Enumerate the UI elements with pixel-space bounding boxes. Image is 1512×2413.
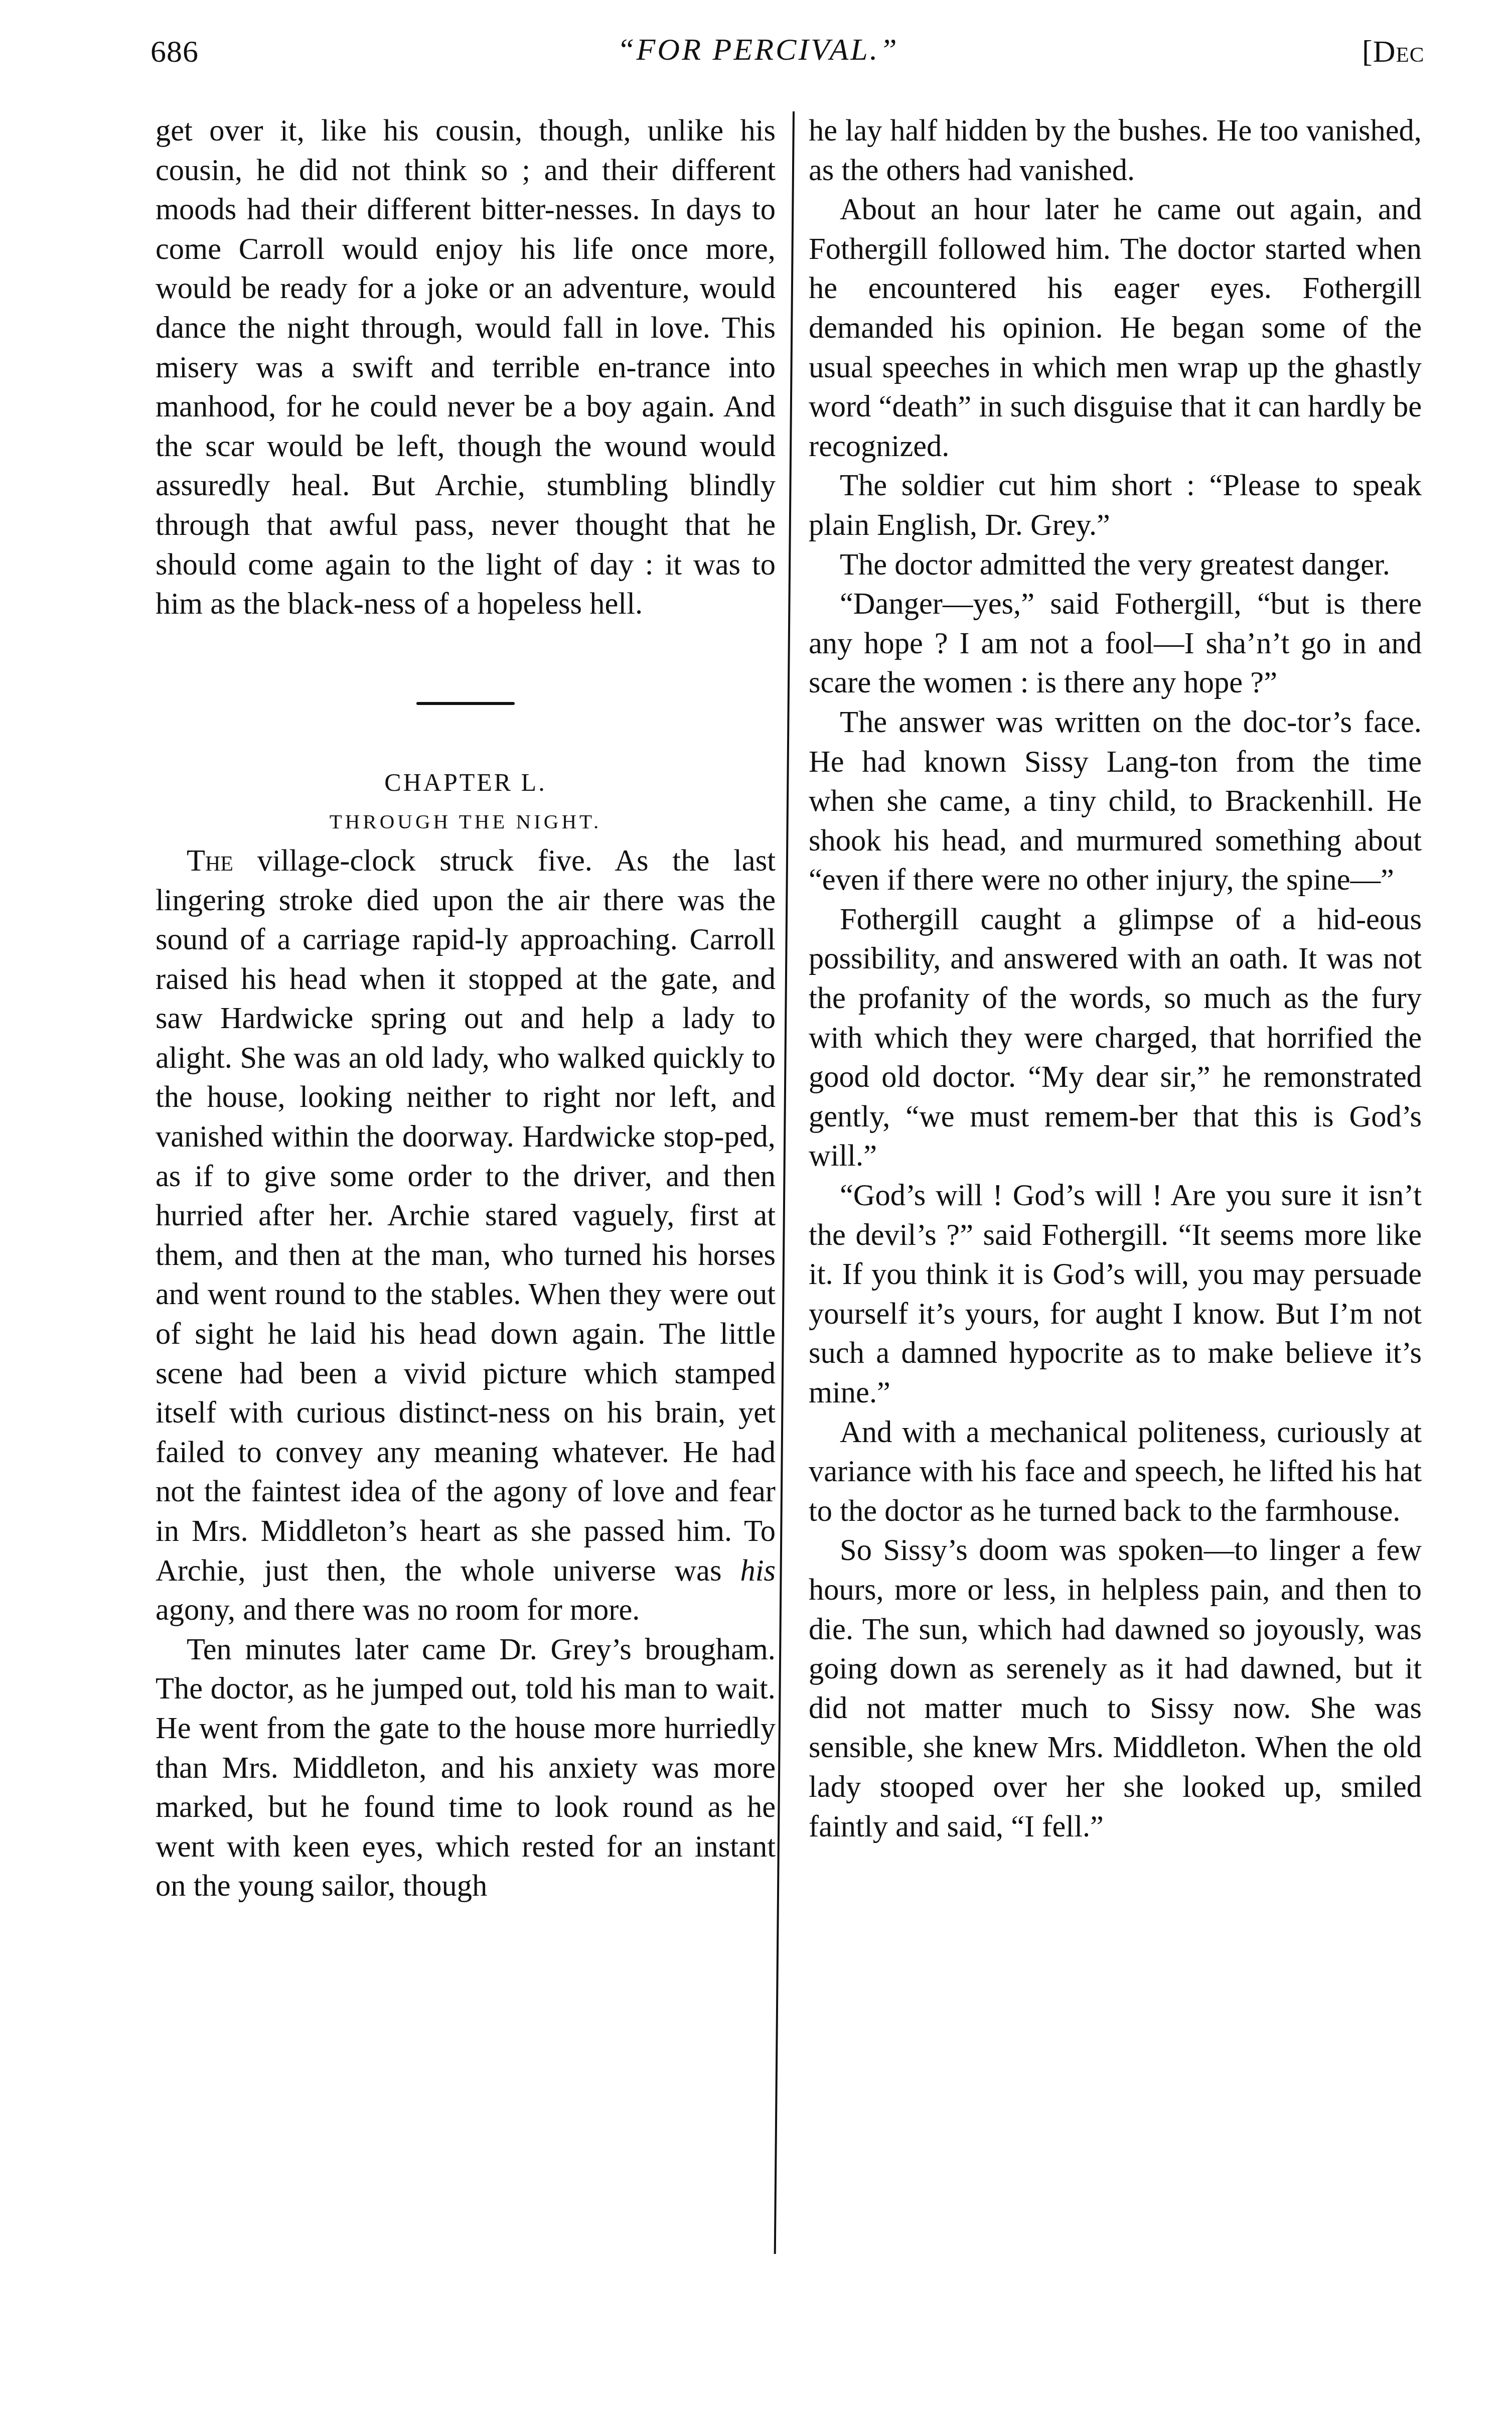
paragraph: “Danger—yes,” said Fothergill, “but is t… [809, 585, 1422, 703]
paragraph: Ten minutes later came Dr. Grey’s brough… [156, 1630, 776, 1906]
chapter-opening-paragraph: The village-clock struck five. As the la… [156, 841, 776, 1630]
section-divider-rule [416, 702, 515, 705]
chapter-title: THROUGH THE NIGHT. [156, 802, 776, 841]
paragraph: The soldier cut him short : “Please to s… [809, 466, 1422, 545]
paragraph: The doctor admitted the very greatest da… [809, 545, 1422, 585]
paragraph: And with a mechanical politeness, curiou… [809, 1413, 1422, 1531]
running-title: “FOR PERCIVAL.” [617, 32, 899, 68]
paragraph: he lay half hidden by the bushes. He too… [809, 111, 1422, 190]
paragraph-text: village-clock struck five. As the last l… [156, 844, 776, 1588]
left-column: get over it, like his cousin, though, un… [156, 111, 776, 1906]
paragraph: The answer was written on the doc-tor’s … [809, 703, 1422, 900]
paragraph: “God’s will ! God’s will ! Are you sure … [809, 1176, 1422, 1413]
running-month: [Dec [1362, 34, 1424, 70]
chapter-number: CHAPTER L. [156, 763, 776, 802]
right-column: he lay half hidden by the bushes. He too… [809, 111, 1422, 1847]
italic-emphasis: his [740, 1554, 776, 1588]
paragraph: So Sissy’s doom was spoken—to linger a f… [809, 1531, 1422, 1847]
running-head: 686 “FOR PERCIVAL.” [Dec [0, 24, 1512, 79]
paragraph: Fothergill caught a glimpse of a hid-eou… [809, 900, 1422, 1176]
paragraph: About an hour later he came out again, a… [809, 190, 1422, 466]
page-number: 686 [150, 34, 199, 70]
continued-paragraph: get over it, like his cousin, though, un… [156, 111, 776, 624]
paragraph-text: agony, and there was no room for more. [156, 1593, 640, 1627]
drop-word: The [187, 844, 233, 878]
column-divider-rule [774, 111, 795, 2254]
